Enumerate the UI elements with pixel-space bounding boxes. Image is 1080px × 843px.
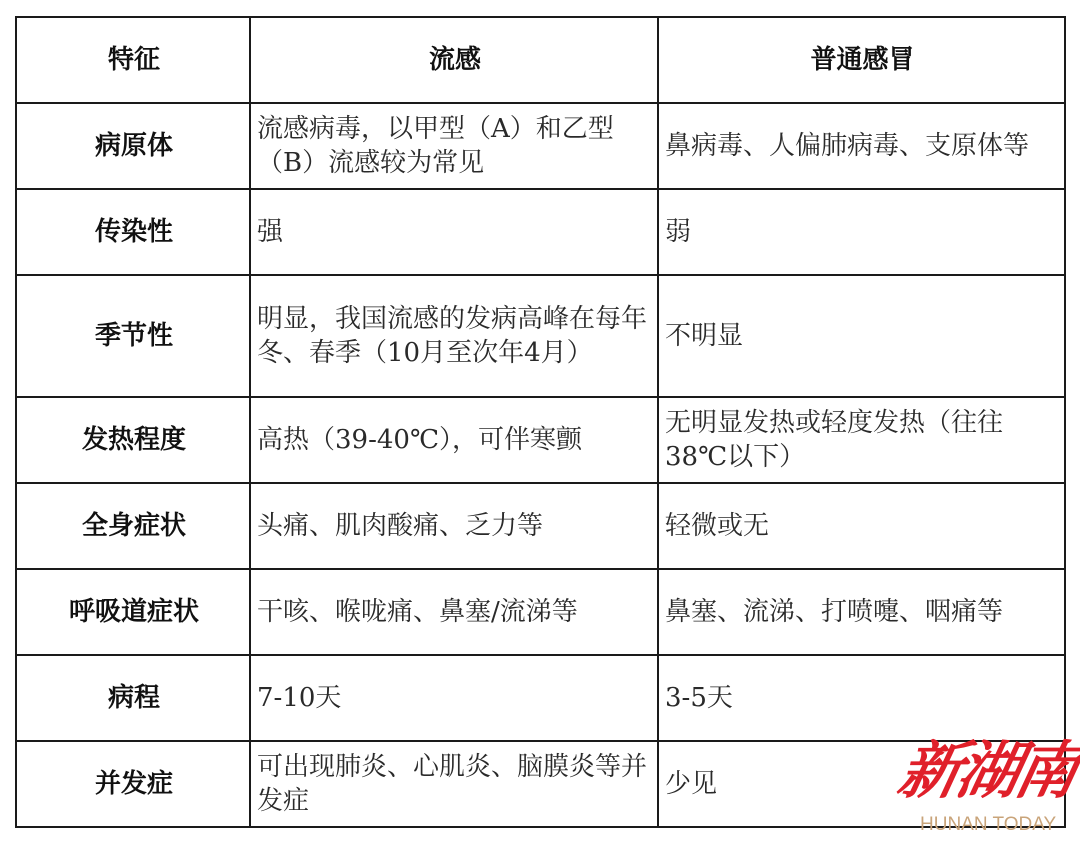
- table-row-systemic-symptoms: 全身症状 头痛、肌肉酸痛、乏力等 轻微或无: [16, 483, 1065, 569]
- flu-cell: 强: [250, 189, 658, 275]
- table-row-respiratory-symptoms: 呼吸道症状 干咳、喉咙痛、鼻塞/流涕等 鼻塞、流涕、打喷嚏、咽痛等: [16, 569, 1065, 655]
- table-row-contagiousness: 传染性 强 弱: [16, 189, 1065, 275]
- watermark-brand: 新湖南: [893, 736, 1080, 806]
- table-row-pathogen: 病原体 流感病毒，以甲型（A）和乙型（B）流感较为常见 鼻病毒、人偏肺病毒、支原…: [16, 103, 1065, 189]
- cold-cell: 无明显发热或轻度发热（往往38℃以下）: [658, 397, 1065, 483]
- header-common-cold: 普通感冒: [658, 17, 1065, 103]
- flu-cell: 可出现肺炎、心肌炎、脑膜炎等并发症: [250, 741, 658, 827]
- feature-cell: 病原体: [16, 103, 250, 189]
- comparison-table: 特征 流感 普通感冒 病原体 流感病毒，以甲型（A）和乙型（B）流感较为常见 鼻…: [15, 16, 1066, 828]
- cold-cell: 鼻塞、流涕、打喷嚏、咽痛等: [658, 569, 1065, 655]
- feature-cell: 发热程度: [16, 397, 250, 483]
- cold-cell: 3-5天: [658, 655, 1065, 741]
- header-feature: 特征: [16, 17, 250, 103]
- header-row: 特征 流感 普通感冒: [16, 17, 1065, 103]
- flu-cell: 高热（39-40℃），可伴寒颤: [250, 397, 658, 483]
- header-flu: 流感: [250, 17, 658, 103]
- cold-cell: 轻微或无: [658, 483, 1065, 569]
- cold-cell: 弱: [658, 189, 1065, 275]
- feature-cell: 季节性: [16, 275, 250, 397]
- cold-cell: 鼻病毒、人偏肺病毒、支原体等: [658, 103, 1065, 189]
- feature-cell: 并发症: [16, 741, 250, 827]
- cold-cell: 不明显: [658, 275, 1065, 397]
- flu-cell: 头痛、肌肉酸痛、乏力等: [250, 483, 658, 569]
- flu-cell: 流感病毒，以甲型（A）和乙型（B）流感较为常见: [250, 103, 658, 189]
- feature-cell: 呼吸道症状: [16, 569, 250, 655]
- table-row-seasonality: 季节性 明显，我国流感的发病高峰在每年冬、春季（10月至次年4月） 不明显: [16, 275, 1065, 397]
- table-row-course: 病程 7-10天 3-5天: [16, 655, 1065, 741]
- flu-cell: 明显，我国流感的发病高峰在每年冬、春季（10月至次年4月）: [250, 275, 658, 397]
- feature-cell: 病程: [16, 655, 250, 741]
- flu-cell: 干咳、喉咙痛、鼻塞/流涕等: [250, 569, 658, 655]
- watermark-tagline: HUNAN TODAY: [920, 814, 1056, 836]
- hunan-today-watermark: 新湖南 HUNAN TODAY: [900, 736, 1075, 841]
- flu-cell: 7-10天: [250, 655, 658, 741]
- table-row-fever: 发热程度 高热（39-40℃），可伴寒颤 无明显发热或轻度发热（往往38℃以下）: [16, 397, 1065, 483]
- feature-cell: 传染性: [16, 189, 250, 275]
- feature-cell: 全身症状: [16, 483, 250, 569]
